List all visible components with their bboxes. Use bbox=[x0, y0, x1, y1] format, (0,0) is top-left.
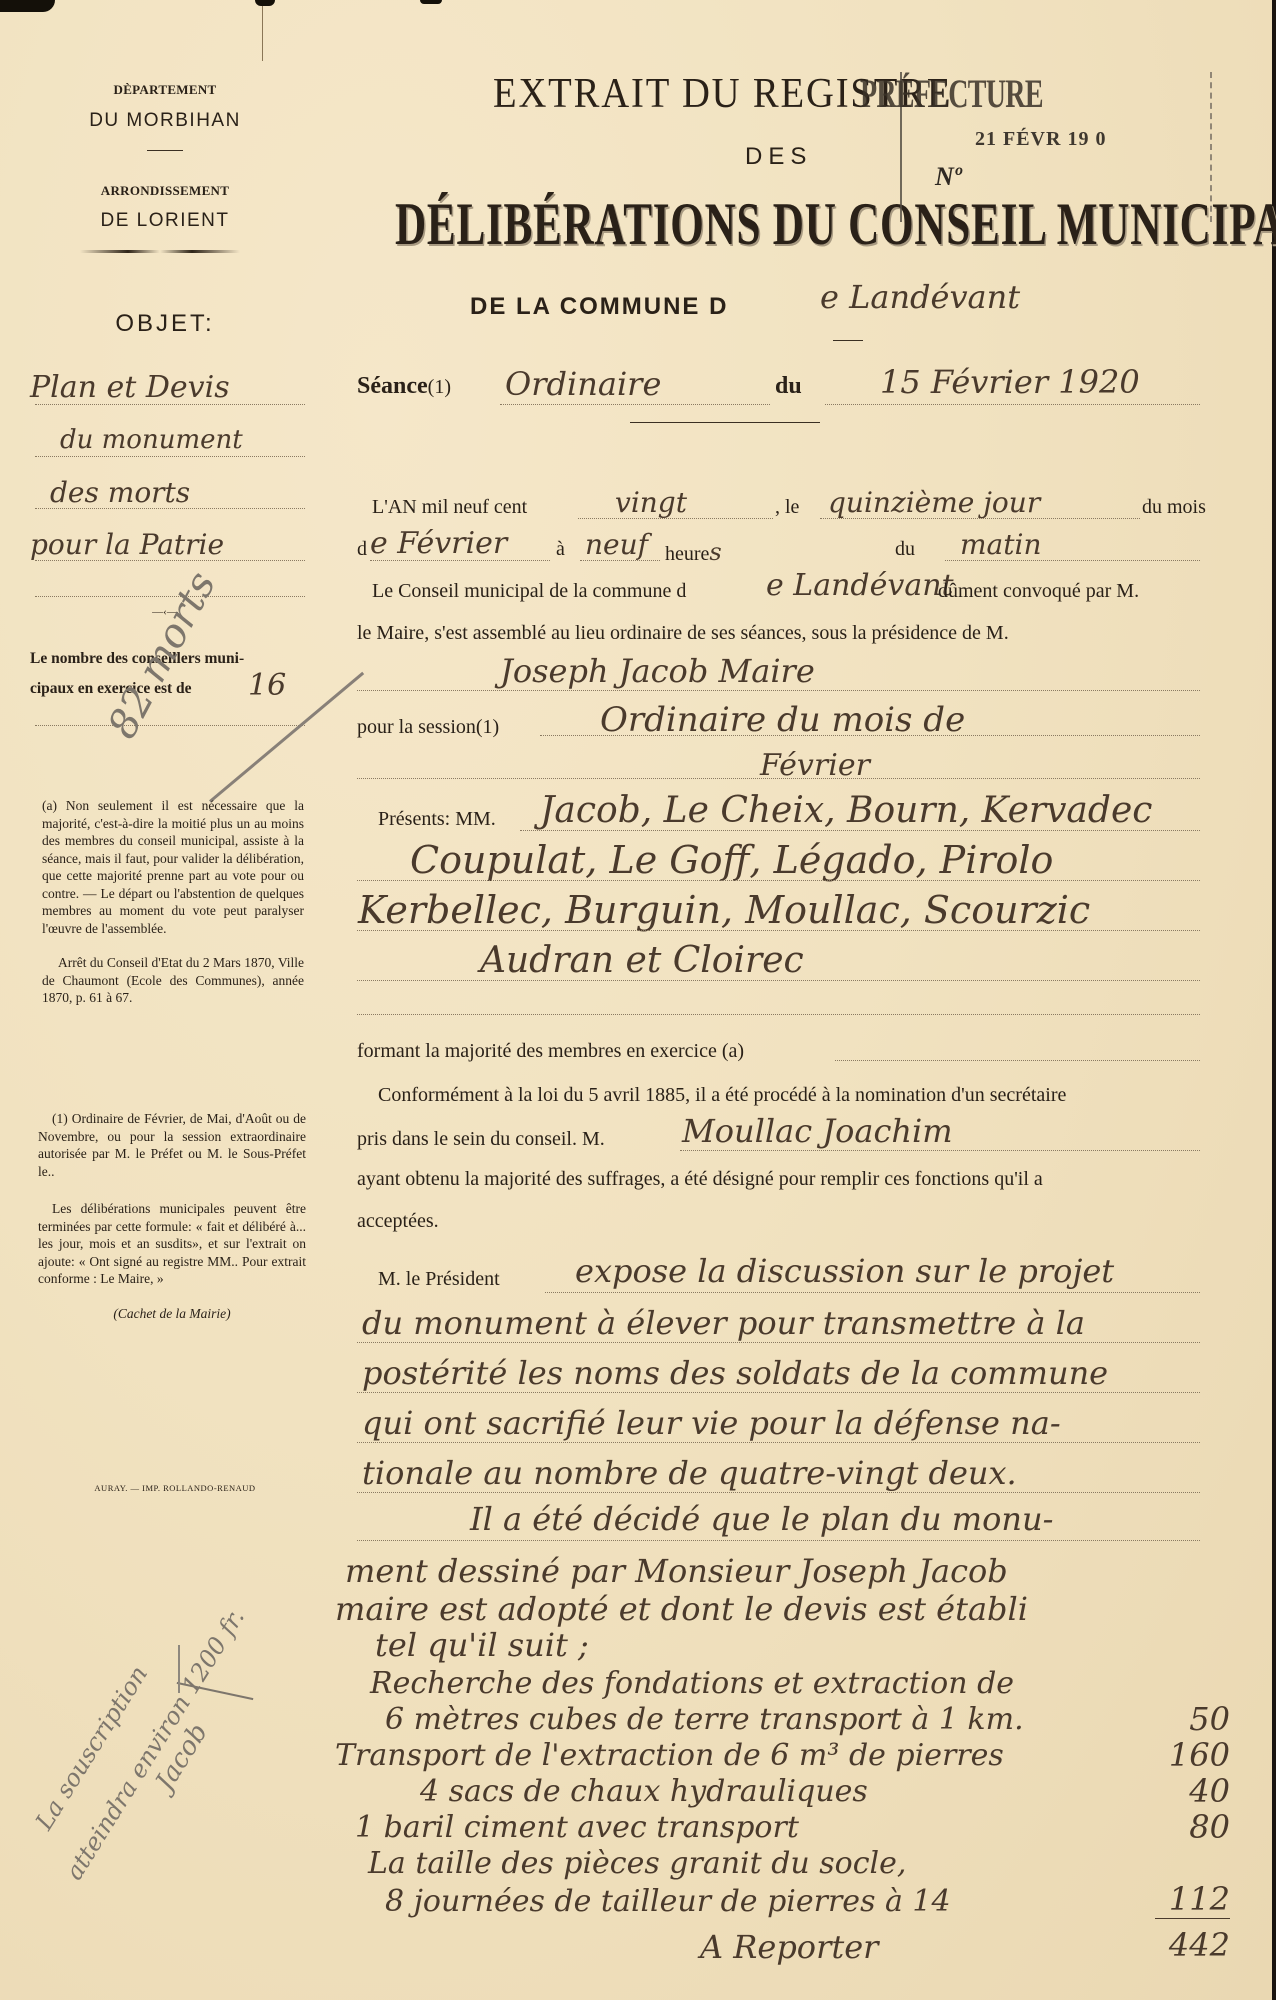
devis-item-amount: 50 bbox=[1180, 1700, 1230, 1738]
du-mois-text: du mois bbox=[1142, 496, 1206, 519]
dotted-line bbox=[357, 930, 1200, 931]
presents-line-3: Kerbellec, Burguin, Moullac, Scourzic bbox=[358, 888, 1090, 932]
devis-item-amount: 40 bbox=[1180, 1772, 1230, 1810]
devis-item-amount: 80 bbox=[1180, 1808, 1230, 1846]
moment-value: matin bbox=[960, 528, 1041, 561]
dotted-line bbox=[357, 1442, 1200, 1443]
header-title-line2: DES bbox=[745, 143, 812, 171]
president-value: Joseph Jacob Maire bbox=[500, 652, 815, 690]
torn-edge bbox=[0, 0, 55, 12]
dotted-line bbox=[357, 980, 1200, 981]
dotted-line bbox=[520, 830, 1200, 831]
departement-label: DÈPARTEMENT bbox=[50, 82, 280, 98]
dotted-line bbox=[35, 725, 305, 726]
an-prefix: L'AN mil neuf cent bbox=[372, 496, 527, 519]
footnote-1: (1) Ordinaire de Février, de Mai, d'Août… bbox=[38, 1110, 306, 1180]
departement-name: DU MORBIHAN bbox=[50, 110, 280, 132]
dotted-line bbox=[820, 518, 1140, 519]
pencil-note-souscription-1: La souscription bbox=[30, 1661, 153, 1835]
cachet-label: (Cachet de la Mairie) bbox=[38, 1305, 306, 1323]
session-label: pour la session(1) bbox=[357, 716, 499, 739]
dotted-line bbox=[35, 560, 305, 561]
a-text: à bbox=[556, 538, 565, 561]
ayant-obtenu-text: ayant obtenu la majorité des suffrages, … bbox=[357, 1168, 1043, 1191]
devis-item-label: 8 journées de tailleur de pierres à 14 bbox=[385, 1884, 951, 1919]
dotted-line bbox=[835, 1060, 1200, 1061]
objet-line-1: Plan et Devis bbox=[30, 370, 320, 405]
devis-item-amount: 112 bbox=[1155, 1880, 1230, 1919]
dotted-line bbox=[357, 880, 1200, 881]
du-text: du bbox=[895, 538, 915, 561]
seance-date: 15 Février 1920 bbox=[880, 363, 1140, 401]
decision-line-4: tel qu'il suit ; bbox=[375, 1626, 589, 1664]
expose-line-2: du monument à élever pour transmettre à … bbox=[362, 1304, 1085, 1342]
devis-item-label: Recherche des fondations et extraction d… bbox=[370, 1666, 1014, 1701]
expose-line-3: postérité les noms des soldats de la com… bbox=[362, 1354, 1108, 1392]
ornament-divider bbox=[80, 250, 240, 253]
dotted-line bbox=[540, 735, 1200, 736]
devis-item-amount: 160 bbox=[1160, 1736, 1230, 1774]
ornament-divider bbox=[630, 422, 820, 433]
mois-value: e Février bbox=[370, 526, 507, 561]
dotted-line bbox=[357, 1392, 1200, 1393]
stamp-number: Nº bbox=[935, 162, 962, 192]
decision-line-2: ment dessiné par Monsieur Joseph Jacob bbox=[345, 1552, 1008, 1590]
decision-line-3: maire est adopté et dont le devis est ét… bbox=[335, 1590, 1028, 1628]
d-prefix: d bbox=[357, 538, 367, 561]
arrondissement-label: ARRONDISSEMENT bbox=[50, 183, 280, 199]
majorite-text: formant la majorité des membres en exerc… bbox=[357, 1040, 744, 1063]
presents-line-2: Coupulat, Le Goff, Légado, Pirolo bbox=[410, 838, 1053, 882]
dotted-line bbox=[35, 404, 305, 405]
session-value: Ordinaire du mois de bbox=[600, 700, 965, 740]
dotted-line bbox=[357, 1492, 1200, 1493]
devis-item-label: Transport de l'extraction de 6 m³ de pie… bbox=[335, 1738, 1004, 1773]
divider bbox=[833, 340, 863, 341]
arrondissement-name: DE LORIENT bbox=[50, 210, 280, 232]
presents-line-1: Jacob, Le Cheix, Bourn, Kervadec bbox=[540, 790, 1152, 831]
heure-value: neuf bbox=[585, 528, 648, 561]
dotted-line bbox=[500, 404, 770, 405]
dotted-line bbox=[578, 518, 773, 519]
dotted-line bbox=[825, 404, 1200, 405]
conseillers-count: 16 bbox=[248, 668, 286, 703]
dotted-line bbox=[680, 1150, 1200, 1151]
devis-reporter-amount: 442 bbox=[1155, 1926, 1230, 1964]
divider bbox=[147, 150, 183, 151]
stamp-overprint: PRÉFECTURE bbox=[860, 70, 1043, 117]
an-value: vingt bbox=[615, 486, 687, 519]
convoque-text: dûment convoqué par M. bbox=[938, 580, 1139, 603]
document-page: DÈPARTEMENT DU MORBIHAN ARRONDISSEMENT D… bbox=[0, 0, 1276, 2000]
right-edge-shadow bbox=[1272, 0, 1276, 2000]
dotted-line bbox=[357, 1342, 1200, 1343]
devis-item-label: 4 sacs de chaux hydrauliques bbox=[420, 1774, 868, 1809]
dotted-line bbox=[35, 456, 305, 457]
devis-item-label: La taille des pièces granit du socle, bbox=[368, 1846, 906, 1881]
decision-line-1: Il a été décidé que le plan du monu- bbox=[470, 1500, 1053, 1538]
footnote-a-reference: Arrêt du Conseil d'Etat du 2 Mars 1870, … bbox=[42, 954, 304, 1007]
commune-value: e Landévant bbox=[766, 568, 954, 603]
pris-dans-text: pris dans le sein du conseil. M. bbox=[357, 1128, 605, 1151]
dotted-line bbox=[357, 1540, 1200, 1541]
dotted-line bbox=[945, 560, 1200, 561]
objet-line-4: pour la Patrie bbox=[30, 528, 320, 561]
maire-line: le Maire, s'est assemblé au lieu ordinai… bbox=[357, 622, 1009, 645]
dotted-line bbox=[357, 690, 1200, 691]
seance-type: Ordinaire bbox=[505, 365, 661, 403]
torn-edge bbox=[420, 0, 442, 4]
devis-item-label: 1 baril ciment avec transport bbox=[355, 1810, 799, 1845]
conseil-prefix: Le Conseil municipal de la commune d bbox=[372, 580, 686, 603]
objet-line-3: des morts bbox=[50, 476, 310, 509]
objet-line-2: du monument bbox=[60, 425, 320, 455]
expose-line-5: tionale au nombre de quatre-vingt deux. bbox=[362, 1454, 1017, 1492]
commune-label: DE LA COMMUNE D bbox=[470, 293, 728, 321]
commune-name: e Landévant bbox=[820, 278, 1020, 316]
secretaire-value: Moullac Joachim bbox=[682, 1112, 953, 1150]
devis-reporter-label: A Reporter bbox=[700, 1928, 878, 1966]
objet-label: OBJET: bbox=[50, 310, 280, 338]
presents-label: Présents: MM. bbox=[378, 808, 496, 831]
footnote-formula: Les délibérations municipales peuvent êt… bbox=[38, 1200, 306, 1288]
dotted-line bbox=[35, 508, 305, 509]
dotted-line bbox=[357, 1014, 1200, 1015]
dotted-line bbox=[370, 560, 550, 561]
paper-crease bbox=[262, 6, 263, 61]
expose-line-4: qui ont sacrifié leur vie pour la défens… bbox=[362, 1404, 1061, 1442]
pencil-stroke bbox=[209, 672, 364, 803]
conformement-text: Conformément à la loi du 5 avril 1885, i… bbox=[378, 1084, 1066, 1107]
president-label: M. le Président bbox=[378, 1268, 500, 1291]
footnote-a: (a) Non seulement il est nécessaire que … bbox=[42, 797, 304, 937]
pencil-stroke bbox=[178, 1645, 180, 1693]
heures-text: heures bbox=[665, 538, 722, 566]
seance-du: du bbox=[775, 373, 802, 400]
printer-imprint: AURAY. — IMP. ROLLANDO-RENAUD bbox=[40, 1483, 310, 1493]
jour-value: quinzième jour bbox=[828, 486, 1040, 519]
torn-edge bbox=[255, 0, 275, 6]
stamp-date: 21 FÉVR 19 0 bbox=[975, 128, 1106, 151]
dotted-line bbox=[580, 560, 660, 561]
devis-item-label: 6 mètres cubes de terre transport à 1 km… bbox=[385, 1702, 1024, 1737]
acceptees-text: acceptées. bbox=[357, 1210, 439, 1233]
le-text: , le bbox=[775, 496, 799, 519]
dotted-line bbox=[357, 778, 1200, 779]
presents-line-4: Audran et Cloirec bbox=[480, 940, 804, 981]
dotted-line bbox=[545, 1292, 1200, 1293]
expose-line-1: expose la discussion sur le projet bbox=[575, 1252, 1114, 1290]
seance-label: Séance(1) bbox=[357, 373, 451, 400]
